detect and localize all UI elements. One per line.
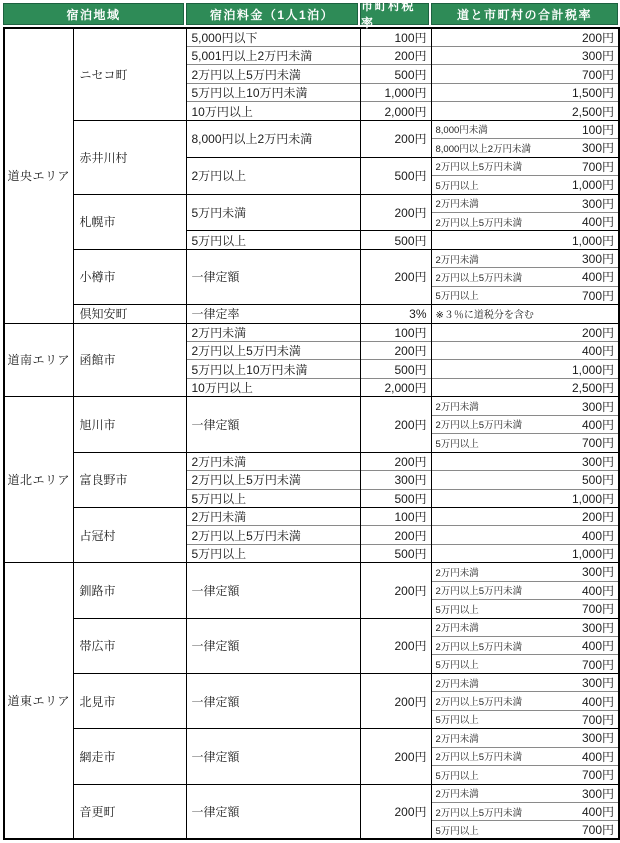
header-cell-price: 宿泊料金（1人1泊）: [186, 3, 358, 25]
municipality-cell: 富良野市: [73, 452, 186, 507]
tax-table-body: 道央エリアニセコ町5,000円以下100円200円5,001円以上2万円未満20…: [4, 28, 619, 839]
price-cell: 5,000円以下: [186, 28, 360, 47]
price-cell: 一律定額: [186, 249, 360, 304]
total-value: 300円: [582, 563, 614, 580]
table-row: 道東エリア釧路市一律定額200円2万円未満300円: [4, 563, 619, 581]
table-row: 網走市一律定額200円2万円未満300円: [4, 729, 619, 747]
municipality-cell: 函館市: [73, 323, 186, 397]
total-cell: 1,000円: [431, 489, 619, 507]
price-cell: 10万円以上: [186, 102, 360, 120]
price-cell: 2万円未満: [186, 323, 360, 341]
total-range-label: 5万円以上: [436, 712, 479, 726]
municipality-cell: 札幌市: [73, 194, 186, 249]
total-range-label: 5万円以上: [436, 768, 479, 782]
tax-cell: 200円: [360, 673, 431, 728]
municipality-cell: 北見市: [73, 673, 186, 728]
price-cell: 5万円以上: [186, 231, 360, 249]
total-subrow: 5万円以上700円: [432, 821, 619, 838]
total-subrow: 2万円未満300円: [432, 729, 619, 746]
total-value: 300円: [582, 674, 614, 691]
total-cell: 2万円以上5万円未満400円: [431, 415, 619, 433]
total-range-label: 8,000円以上2万円未満: [436, 141, 532, 155]
total-subrow: 2万円以上5万円未満400円: [432, 416, 619, 433]
total-subrow: 5万円以上1,000円: [432, 176, 619, 193]
municipality-cell: 釧路市: [73, 563, 186, 618]
total-range-label: 2万円未満: [436, 252, 479, 266]
price-cell: 2万円以上5万円未満: [186, 526, 360, 544]
total-range-label: 5万円以上: [436, 657, 479, 671]
total-subrow: 2万円未満300円: [432, 785, 619, 802]
total-cell: 400円: [431, 342, 619, 360]
total-range-label: 2万円未満: [436, 565, 479, 579]
total-cell: 2万円未満300円: [431, 673, 619, 691]
header-cell-area: 宿泊地域: [3, 3, 184, 25]
total-cell: 200円: [431, 507, 619, 525]
total-cell: 2万円以上5万円未満700円: [431, 157, 619, 175]
price-cell: 5万円以上: [186, 544, 360, 562]
total-subrow: 5万円以上700円: [432, 711, 619, 728]
total-value: 300円: [582, 398, 614, 415]
total-cell: 2万円以上5万円未満400円: [431, 802, 619, 820]
total-value: 700円: [582, 158, 614, 175]
price-cell: 一律定額: [186, 397, 360, 452]
municipality-cell: ニセコ町: [73, 28, 186, 120]
tax-cell: 100円: [360, 323, 431, 341]
total-range-label: 2万円以上5万円未満: [436, 639, 523, 653]
region-cell: 道央エリア: [4, 28, 73, 323]
total-cell: 5万円以上700円: [431, 655, 619, 673]
municipality-cell: 網走市: [73, 729, 186, 784]
municipality-cell: 小樽市: [73, 249, 186, 304]
total-range-label: 8,000円未満: [436, 122, 488, 136]
total-subrow: 5万円以上700円: [432, 600, 619, 617]
price-cell: 10万円以上: [186, 378, 360, 396]
municipality-cell: 赤井川村: [73, 120, 186, 194]
region-cell: 道東エリア: [4, 563, 73, 840]
total-cell: 2万円未満300円: [431, 729, 619, 747]
total-range-label: 2万円以上5万円未満: [436, 583, 523, 597]
total-value: 1,000円: [572, 176, 614, 193]
total-range-label: 5万円以上: [436, 823, 479, 837]
tax-cell: 500円: [360, 489, 431, 507]
total-cell: 2万円以上5万円未満400円: [431, 581, 619, 599]
total-range-label: 2万円未満: [436, 786, 479, 800]
total-cell: 200円: [431, 323, 619, 341]
price-cell: 8,000円以上2万円未満: [186, 120, 360, 157]
total-cell: 8,000円以上2万円未満300円: [431, 139, 619, 157]
price-cell: 一律定額: [186, 784, 360, 839]
tax-cell: 200円: [360, 784, 431, 839]
table-row: 札幌市5万円未満200円2万円未満300円: [4, 194, 619, 212]
table-row: 北見市一律定額200円2万円未満300円: [4, 673, 619, 691]
price-cell: 5万円以上: [186, 489, 360, 507]
total-value: 400円: [582, 803, 614, 820]
total-value: 700円: [582, 600, 614, 617]
total-cell: 5万円以上700円: [431, 286, 619, 304]
total-cell: 1,500円: [431, 83, 619, 101]
total-cell: 500円: [431, 471, 619, 489]
total-value: 400円: [582, 582, 614, 599]
total-value: 700円: [582, 434, 614, 451]
tax-cell: 2,000円: [360, 378, 431, 396]
municipality-cell: 旭川市: [73, 397, 186, 452]
total-subrow: 2万円未満300円: [432, 563, 619, 580]
tax-cell: 3%: [360, 305, 431, 323]
total-cell: 5万円以上1,000円: [431, 176, 619, 194]
tax-cell: 500円: [360, 65, 431, 83]
page: 宿泊地域 宿泊料金（1人1泊） 市町村税率 道と市町村の合計税率 道央エリアニセ…: [0, 0, 620, 840]
total-cell: 2万円未満300円: [431, 784, 619, 802]
table-row: 帯広市一律定額200円2万円未満300円: [4, 618, 619, 636]
total-value: 300円: [582, 250, 614, 267]
municipality-cell: 帯広市: [73, 618, 186, 673]
total-subrow: 2万円以上5万円未満400円: [432, 693, 619, 710]
price-cell: 5万円以上10万円未満: [186, 83, 360, 101]
total-cell: 8,000円未満100円: [431, 120, 619, 138]
tax-cell: 200円: [360, 342, 431, 360]
tax-cell: 200円: [360, 563, 431, 618]
total-range-label: 2万円未満: [436, 399, 479, 413]
municipality-cell: 倶知安町: [73, 305, 186, 323]
total-subrow: 5万円以上700円: [432, 656, 619, 673]
total-cell: 2万円未満300円: [431, 194, 619, 212]
total-value: 100円: [582, 121, 614, 138]
total-subrow: 2万円以上5万円未満400円: [432, 268, 619, 285]
total-range-label: 2万円未満: [436, 676, 479, 690]
tax-cell: 200円: [360, 249, 431, 304]
price-cell: 一律定額: [186, 618, 360, 673]
header-cell-muni-tax: 市町村税率: [360, 3, 429, 25]
total-subrow: 2万円以上5万円未満400円: [432, 213, 619, 230]
total-cell: 2万円未満300円: [431, 563, 619, 581]
tax-cell: 500円: [360, 544, 431, 562]
total-subrow: 2万円未満300円: [432, 619, 619, 636]
total-subrow: 8,000円以上2万円未満300円: [432, 139, 619, 156]
total-cell: 2,500円: [431, 102, 619, 120]
total-value: 300円: [582, 195, 614, 212]
tax-cell: 200円: [360, 47, 431, 65]
tax-cell: 1,000円: [360, 83, 431, 101]
total-value: 400円: [582, 748, 614, 765]
table-row: 道北エリア旭川市一律定額200円2万円未満300円: [4, 397, 619, 415]
table-row: 小樽市一律定額200円2万円未満300円: [4, 249, 619, 267]
total-range-label: 2万円以上5万円未満: [436, 694, 523, 708]
municipality-cell: 音更町: [73, 784, 186, 839]
total-subrow: 5万円以上700円: [432, 287, 619, 304]
price-cell: 一律定額: [186, 563, 360, 618]
note-cell: ※３％に道税分を含む: [431, 305, 619, 323]
tax-cell: 200円: [360, 120, 431, 157]
total-cell: 2万円以上5万円未満400円: [431, 747, 619, 765]
region-cell: 道北エリア: [4, 397, 73, 563]
table-row: 道南エリア函館市2万円未満100円200円: [4, 323, 619, 341]
total-cell: 2万円以上5万円未満400円: [431, 637, 619, 655]
price-cell: 2万円以上: [186, 157, 360, 194]
total-cell: 400円: [431, 526, 619, 544]
total-cell: 1,000円: [431, 544, 619, 562]
price-cell: 5万円未満: [186, 194, 360, 231]
tax-cell: 2,000円: [360, 102, 431, 120]
total-value: 300円: [582, 785, 614, 802]
tax-cell: 200円: [360, 194, 431, 231]
total-cell: 2万円以上5万円未満400円: [431, 692, 619, 710]
total-range-label: 2万円以上5万円未満: [436, 270, 523, 284]
price-cell: 2万円以上5万円未満: [186, 471, 360, 489]
table-row: 音更町一律定額200円2万円未満300円: [4, 784, 619, 802]
tax-cell: 500円: [360, 231, 431, 249]
total-subrow: 5万円以上700円: [432, 766, 619, 783]
total-value: 700円: [582, 821, 614, 838]
tax-cell: 200円: [360, 526, 431, 544]
price-cell: 2万円以上5万円未満: [186, 65, 360, 83]
price-cell: 5万円以上10万円未満: [186, 360, 360, 378]
total-range-label: 5万円以上: [436, 178, 479, 192]
total-range-label: 2万円以上5万円未満: [436, 215, 523, 229]
total-range-label: 5万円以上: [436, 602, 479, 616]
total-subrow: 2万円未満300円: [432, 398, 619, 415]
total-cell: 2,500円: [431, 378, 619, 396]
total-value: 700円: [582, 711, 614, 728]
total-range-label: 2万円未満: [436, 196, 479, 210]
total-subrow: 8,000円未満100円: [432, 121, 619, 138]
total-range-label: 5万円以上: [436, 288, 479, 302]
municipality-cell: 占冠村: [73, 507, 186, 562]
total-subrow: 2万円未満300円: [432, 195, 619, 212]
price-cell: 2万円未満: [186, 507, 360, 525]
total-range-label: 2万円以上5万円未満: [436, 417, 523, 431]
total-cell: 2万円以上5万円未満400円: [431, 268, 619, 286]
tax-cell: 200円: [360, 729, 431, 784]
total-subrow: 2万円以上5万円未満400円: [432, 637, 619, 654]
total-value: 400円: [582, 637, 614, 654]
total-subrow: 2万円以上5万円未満400円: [432, 582, 619, 599]
total-range-label: 2万円未満: [436, 731, 479, 745]
total-cell: 1,000円: [431, 231, 619, 249]
total-cell: 1,000円: [431, 360, 619, 378]
total-cell: 700円: [431, 65, 619, 83]
total-subrow: 2万円未満300円: [432, 674, 619, 691]
total-range-label: 5万円以上: [436, 436, 479, 450]
table-row: 倶知安町一律定率3%※３％に道税分を含む: [4, 305, 619, 323]
total-value: 300円: [582, 729, 614, 746]
total-value: 700円: [582, 656, 614, 673]
price-cell: 一律定額: [186, 729, 360, 784]
price-cell: 5,001円以上2万円未満: [186, 47, 360, 65]
total-cell: 2万円未満300円: [431, 249, 619, 267]
total-cell: 2万円未満300円: [431, 397, 619, 415]
total-subrow: 2万円以上5万円未満400円: [432, 803, 619, 820]
table-row: 道央エリアニセコ町5,000円以下100円200円: [4, 28, 619, 47]
total-range-label: 2万円以上5万円未満: [436, 805, 523, 819]
total-cell: 5万円以上700円: [431, 766, 619, 784]
total-subrow: 2万円未満300円: [432, 250, 619, 267]
total-value: 400円: [582, 268, 614, 285]
total-value: 400円: [582, 416, 614, 433]
total-value: 400円: [582, 213, 614, 230]
header-cell-total-tax: 道と市町村の合計税率: [431, 3, 618, 25]
total-value: 300円: [582, 619, 614, 636]
total-value: 700円: [582, 766, 614, 783]
price-cell: 2万円以上5万円未満: [186, 342, 360, 360]
price-cell: 一律定額: [186, 673, 360, 728]
total-cell: 2万円未満300円: [431, 618, 619, 636]
total-cell: 300円: [431, 47, 619, 65]
total-cell: 5万円以上700円: [431, 821, 619, 840]
region-cell: 道南エリア: [4, 323, 73, 397]
total-cell: 200円: [431, 28, 619, 47]
total-cell: 5万円以上700円: [431, 600, 619, 618]
total-subrow: 2万円以上5万円未満700円: [432, 158, 619, 175]
price-cell: 一律定率: [186, 305, 360, 323]
tax-cell: 200円: [360, 452, 431, 470]
total-cell: 2万円以上5万円未満400円: [431, 212, 619, 230]
lodging-tax-table: 道央エリアニセコ町5,000円以下100円200円5,001円以上2万円未満20…: [3, 27, 620, 840]
table-row: 赤井川村8,000円以上2万円未満200円8,000円未満100円: [4, 120, 619, 138]
total-cell: 5万円以上700円: [431, 434, 619, 452]
total-value: 700円: [582, 287, 614, 304]
total-range-label: 2万円以上5万円未満: [436, 749, 523, 763]
total-value: 400円: [582, 693, 614, 710]
price-cell: 2万円未満: [186, 452, 360, 470]
total-cell: 300円: [431, 452, 619, 470]
total-cell: 5万円以上700円: [431, 710, 619, 728]
tax-cell: 500円: [360, 360, 431, 378]
tax-cell: 500円: [360, 157, 431, 194]
table-row: 占冠村2万円未満100円200円: [4, 507, 619, 525]
tax-cell: 200円: [360, 618, 431, 673]
table-header-row: 宿泊地域 宿泊料金（1人1泊） 市町村税率 道と市町村の合計税率: [3, 3, 618, 25]
total-value: 300円: [582, 139, 614, 156]
table-row: 富良野市2万円未満200円300円: [4, 452, 619, 470]
tax-cell: 200円: [360, 397, 431, 452]
total-subrow: 2万円以上5万円未満400円: [432, 748, 619, 765]
total-subrow: 5万円以上700円: [432, 434, 619, 451]
tax-cell: 300円: [360, 471, 431, 489]
total-range-label: 2万円未満: [436, 620, 479, 634]
total-range-label: 2万円以上5万円未満: [436, 159, 523, 173]
tax-cell: 100円: [360, 507, 431, 525]
